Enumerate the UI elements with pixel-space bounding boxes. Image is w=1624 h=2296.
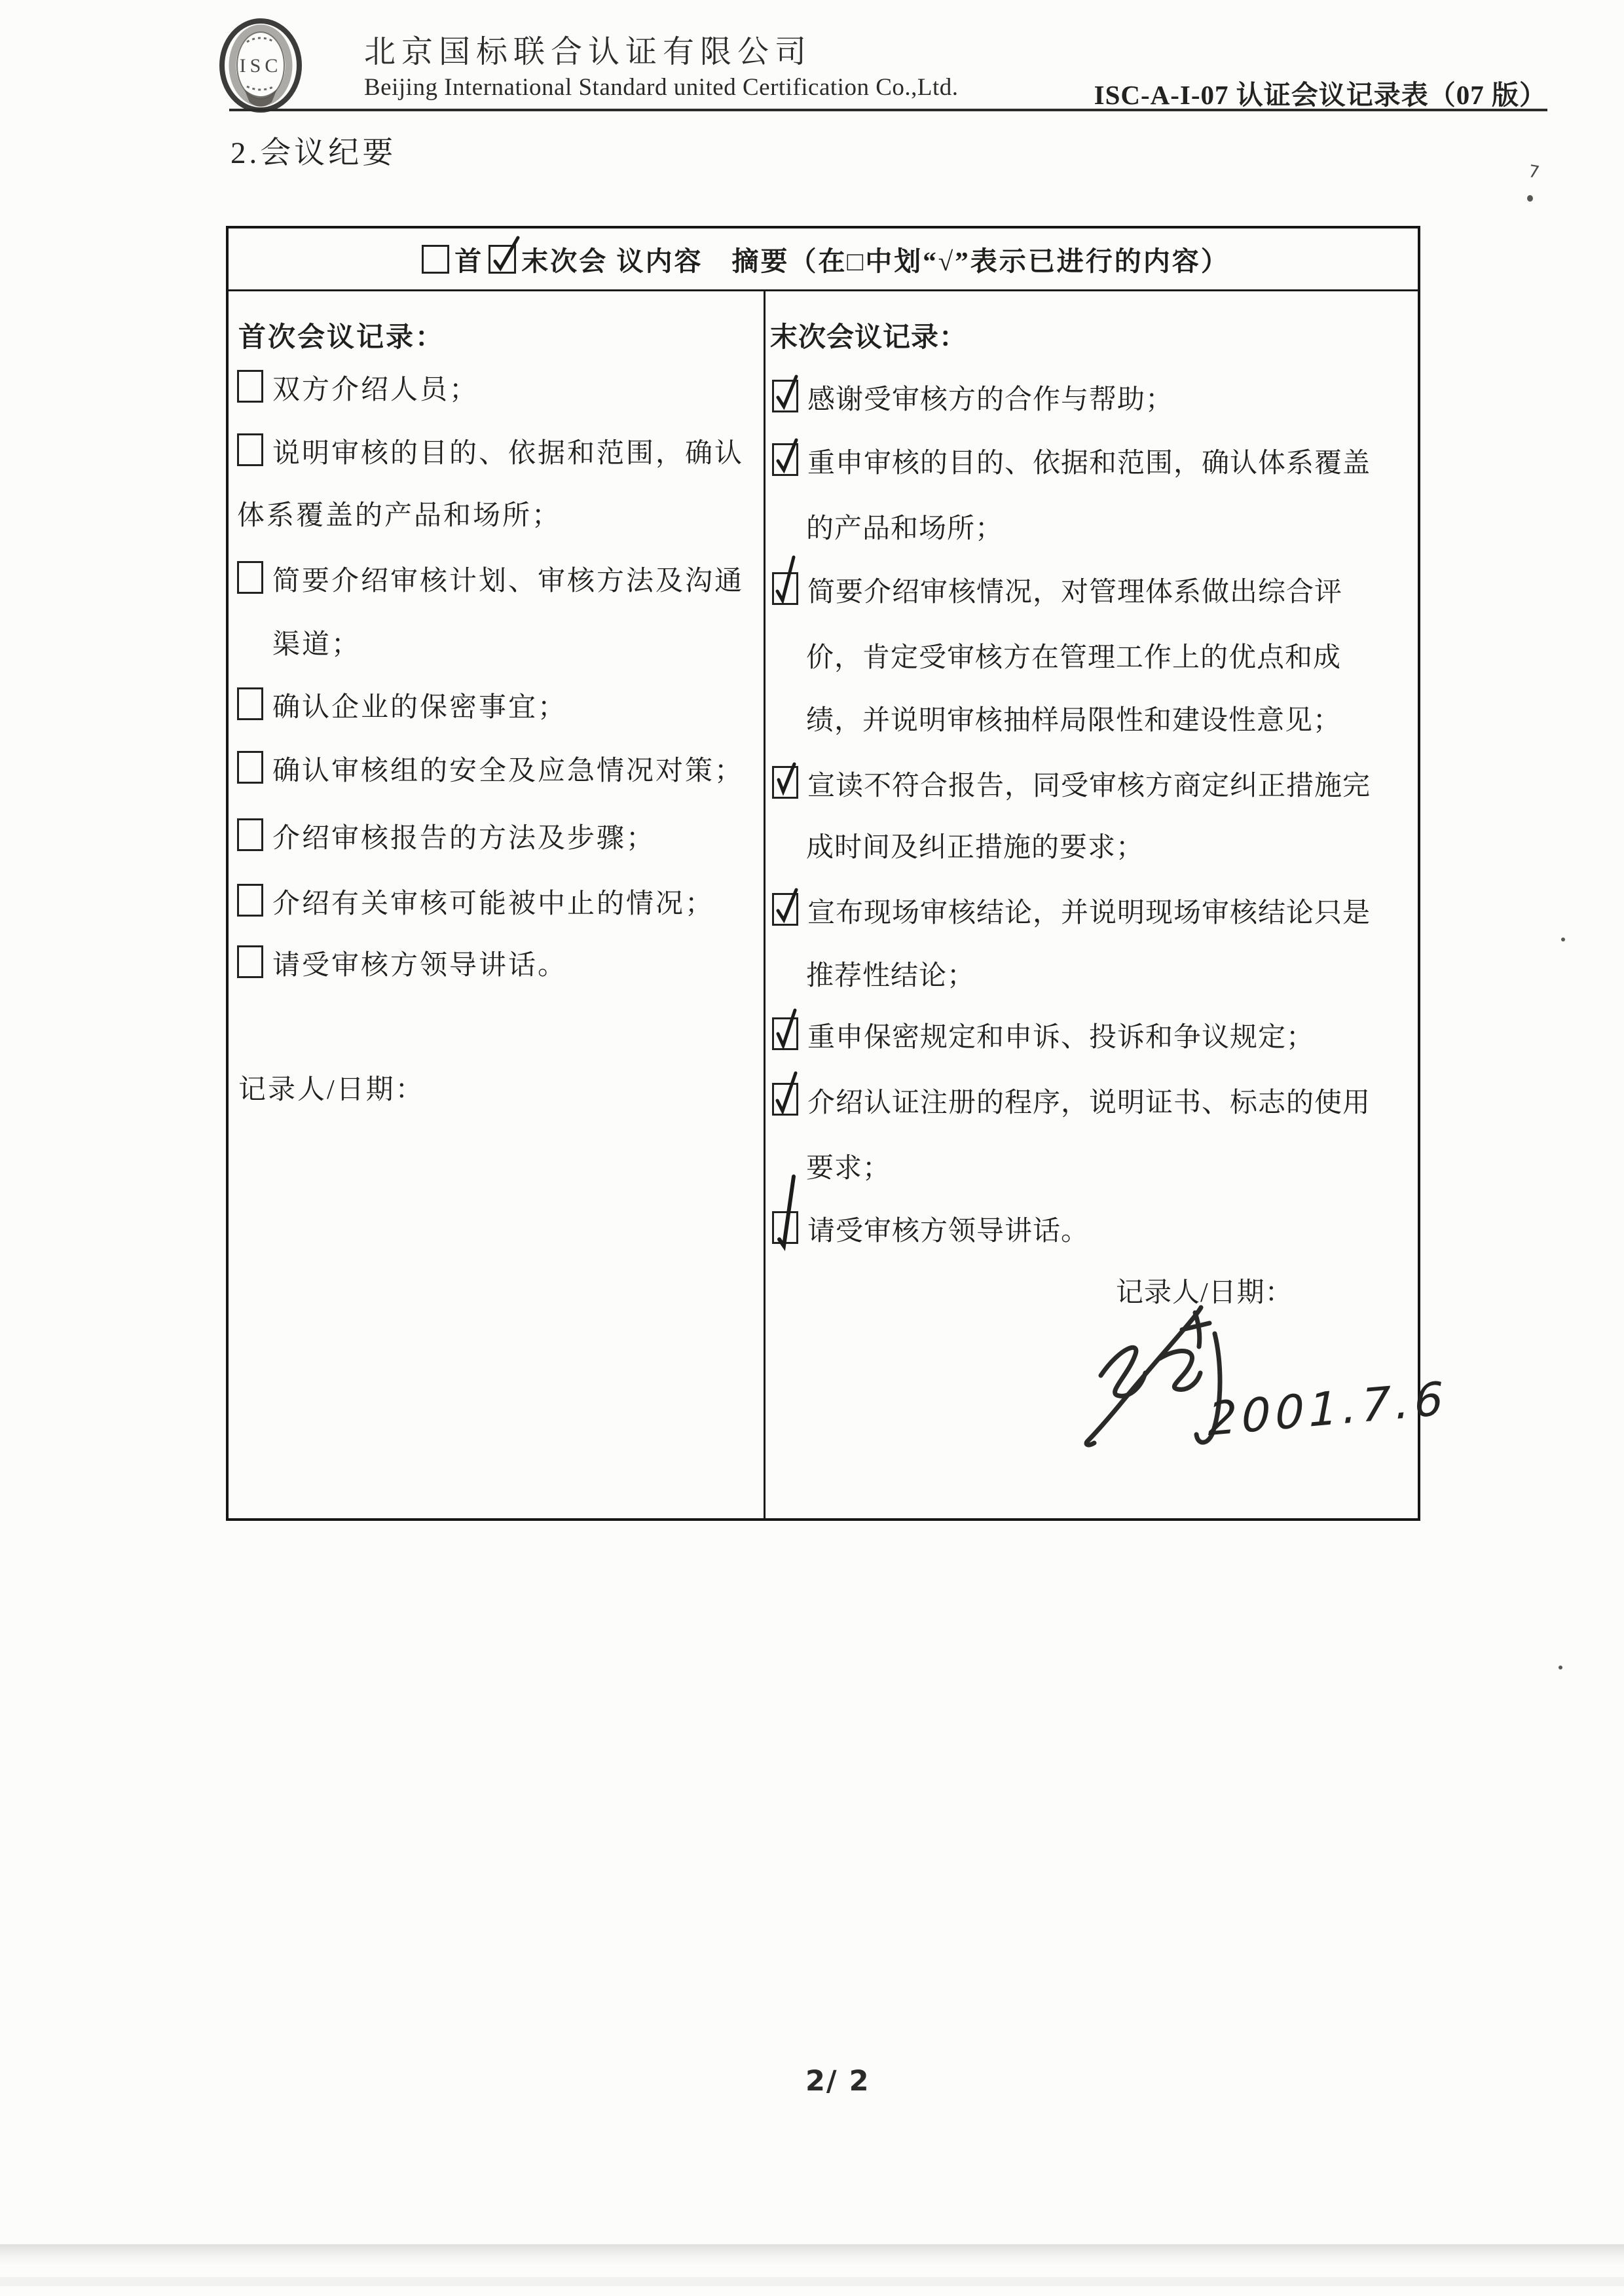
checklist-continuation-line: 价，肯定受审核方在管理工作上的优点和成 [806, 636, 1341, 675]
table-header-row: 首 末次会 议内容 摘要（在□中划“√”表示已进行的内容） [229, 228, 1418, 291]
checklist-line: 宣布现场审核结论，并说明现场审核结论只是 [772, 891, 1371, 930]
checklist-continuation-line: 要求； [806, 1146, 891, 1186]
table-header-first-label: 首 [454, 240, 483, 278]
checklist-line: 双方介绍人员； [237, 368, 479, 407]
checklist-text: 的产品和场所； [806, 507, 1003, 546]
checklist-continuation-line: 的产品和场所； [806, 507, 1003, 546]
checklist-line: 确认审核组的安全及应急情况对策； [237, 749, 744, 788]
checklist-line: 简要介绍审核计划、审核方法及沟通 [237, 559, 744, 598]
checklist-text: 重申保密规定和申诉、投诉和争议规定； [807, 1015, 1314, 1055]
checklist-text: 简要介绍审核计划、审核方法及沟通 [272, 559, 744, 598]
handwritten-signature [1060, 1296, 1276, 1472]
checklist-text: 推荐性结论； [806, 954, 975, 993]
checklist-text: 说明审核的目的、依据和范围，确认 [272, 431, 744, 471]
checkbox-checked-icon[interactable] [772, 1211, 798, 1244]
checklist-text: 请受审核方领导讲话。 [272, 943, 567, 983]
right-column-title: 末次会议记录： [770, 316, 967, 355]
checklist-continuation-line: 渠道； [237, 623, 361, 662]
checklist-text: 介绍审核报告的方法及步骤； [272, 816, 655, 856]
checklist-line: 宣读不符合报告，同受审核方商定纠正措施完 [772, 764, 1371, 803]
checklist-text: 请受审核方领导讲话。 [807, 1209, 1089, 1248]
checklist-text: 体系覆盖的产品和场所； [237, 494, 561, 533]
scan-speck [1561, 938, 1565, 941]
checkbox-unchecked-icon[interactable] [237, 945, 263, 978]
checklist-continuation-line: 绩，并说明审核抽样局限性和建设性意见； [806, 699, 1341, 738]
checklist-line: 请受审核方领导讲话。 [772, 1209, 1089, 1248]
checkbox-checked-icon[interactable] [772, 380, 798, 412]
meeting-summary-table: 首 末次会 议内容 摘要（在□中划“√”表示已进行的内容） 首次会议记录： 双方… [226, 226, 1420, 1521]
checklist-text: 确认企业的保密事宜； [272, 685, 567, 725]
checklist-line: 重申保密规定和申诉、投诉和争议规定； [772, 1015, 1314, 1055]
checkbox-checked-icon[interactable] [489, 245, 516, 274]
checklist-text: 介绍有关审核可能被中止的情况； [272, 882, 714, 921]
checkbox-unchecked-icon[interactable] [237, 370, 263, 403]
checklist-text: 简要介绍审核情况，对管理体系做出综合评 [807, 570, 1342, 610]
logo-isc-text: ISC [240, 55, 282, 77]
checklist-text: 渠道； [272, 623, 361, 662]
checklist-line: 确认企业的保密事宜； [237, 685, 567, 725]
checkbox-checked-icon[interactable] [772, 1083, 798, 1116]
company-name-en: Beijing International Standard united Ce… [364, 73, 959, 101]
checklist-line: 介绍有关审核可能被中止的情况； [237, 882, 714, 921]
checklist-text: 确认审核组的安全及应急情况对策； [272, 749, 744, 788]
header-rule [229, 109, 1547, 111]
scanned-page: ISC 北京国标联合认证有限公司 Beijing International S… [0, 0, 1624, 2296]
checklist-text: 价，肯定受审核方在管理工作上的优点和成 [806, 636, 1341, 675]
table-header-text: 末次会 议内容 摘要（在□中划“√”表示已进行的内容） [521, 240, 1230, 278]
left-column-title: 首次会议记录： [238, 316, 445, 355]
checklist-text: 宣布现场审核结论，并说明现场审核结论只是 [807, 891, 1371, 930]
checkbox-checked-icon[interactable] [772, 1017, 798, 1050]
checklist-text: 要求； [806, 1146, 891, 1186]
checkbox-unchecked-icon[interactable] [237, 561, 263, 594]
checkbox-unchecked-icon[interactable] [237, 687, 263, 720]
checkbox-unchecked-icon[interactable] [237, 751, 263, 784]
checkbox-checked-icon[interactable] [772, 572, 798, 605]
scan-speck [1559, 1666, 1562, 1669]
page-number: 2/ 2 [805, 2065, 870, 2098]
checkbox-checked-icon[interactable] [772, 443, 798, 476]
column-divider [764, 291, 766, 1518]
checkbox-unchecked-icon[interactable] [237, 884, 263, 917]
section-title: 2.会议纪要 [231, 128, 396, 172]
company-name-cn: 北京国标联合认证有限公司 [364, 26, 812, 71]
checkbox-checked-icon[interactable] [772, 766, 798, 799]
checklist-line: 简要介绍审核情况，对管理体系做出综合评 [772, 570, 1342, 610]
checklist-text: 绩，并说明审核抽样局限性和建设性意见； [806, 699, 1341, 738]
checklist-text: 重申审核的目的、依据和范围，确认体系覆盖 [807, 441, 1371, 481]
margin-mark: 7 [1527, 162, 1541, 183]
checklist-line: 说明审核的目的、依据和范围，确认 [237, 431, 744, 471]
checkbox-unchecked-icon[interactable] [237, 818, 263, 851]
checklist-text: 成时间及纠正措施的要求； [806, 826, 1144, 865]
checkbox-unchecked-icon[interactable] [422, 245, 449, 274]
checklist-text: 感谢受审核方的合作与帮助； [807, 378, 1173, 417]
checklist-continuation-line: 体系覆盖的产品和场所； [237, 494, 561, 533]
checklist-text: 双方介绍人员； [272, 368, 479, 407]
checkbox-checked-icon[interactable] [772, 893, 798, 926]
checklist-text: 宣读不符合报告，同受审核方商定纠正措施完 [807, 764, 1371, 803]
document-code: ISC-A-I-07 认证会议记录表（07 版） [1094, 73, 1547, 112]
scanner-edge-band [0, 2244, 1624, 2265]
checkbox-unchecked-icon[interactable] [237, 433, 263, 466]
checklist-continuation-line: 推荐性结论； [806, 954, 975, 993]
isc-logo: ISC [218, 18, 303, 114]
checklist-line: 介绍认证注册的程序，说明证书、标志的使用 [772, 1081, 1371, 1120]
checklist-line: 感谢受审核方的合作与帮助； [772, 378, 1173, 417]
checklist-continuation-line: 成时间及纠正措施的要求； [806, 826, 1144, 865]
scanner-edge-band [0, 2277, 1624, 2286]
checklist-line: 介绍审核报告的方法及步骤； [237, 816, 655, 856]
scan-speck [1527, 195, 1533, 202]
checklist-line: 请受审核方领导讲话。 [237, 943, 567, 983]
checklist-line: 重申审核的目的、依据和范围，确认体系覆盖 [772, 441, 1371, 481]
recorder-label: 记录人/日期： [238, 1068, 425, 1107]
checklist-text: 介绍认证注册的程序，说明证书、标志的使用 [807, 1081, 1371, 1120]
